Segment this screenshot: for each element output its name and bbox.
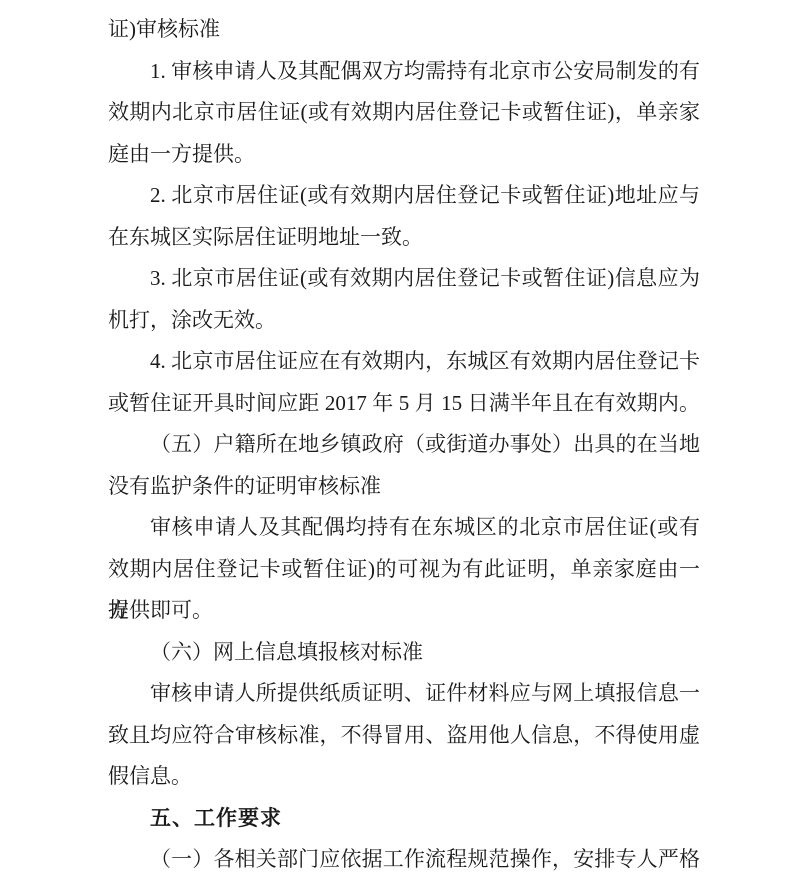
text-line-subsection-5: （五）户籍所在地乡镇政府（或街道办事处）出具的在当地	[108, 424, 700, 466]
text-line-subsection-1: （一）各相关部门应依据工作流程规范操作，安排专人严格	[108, 839, 700, 877]
text-line: 没有监护条件的证明审核标准	[108, 466, 700, 508]
text-line: 证)审核标准	[108, 9, 700, 51]
section-heading-work-requirements: 五、工作要求	[108, 798, 700, 840]
text-line: 效期内居住登记卡或暂住证)的可视为有此证明，单亲家庭由一方	[108, 549, 700, 591]
text-line-item-2: 2. 北京市居住证(或有效期内居住登记卡或暂住证)地址应与	[108, 175, 700, 217]
text-line: 效期内北京市居住证(或有效期内居住登记卡或暂住证)，单亲家	[108, 92, 700, 134]
text-line-item-3: 3. 北京市居住证(或有效期内居住登记卡或暂住证)信息应为	[108, 258, 700, 300]
document-body: 证)审核标准 1. 审核申请人及其配偶双方均需持有北京市公安局制发的有 效期内北…	[108, 9, 700, 877]
text-line: 在东城区实际居住证明地址一致。	[108, 217, 700, 259]
text-line: 假信息。	[108, 756, 700, 798]
text-line: 机打，涂改无效。	[108, 300, 700, 342]
text-line: 审核申请人所提供纸质证明、证件材料应与网上填报信息一	[108, 673, 700, 715]
text-line: 庭由一方提供。	[108, 134, 700, 176]
document-page: 证)审核标准 1. 审核申请人及其配偶双方均需持有北京市公安局制发的有 效期内北…	[0, 0, 791, 877]
text-line-item-4: 4. 北京市居住证应在有效期内，东城区有效期内居住登记卡	[108, 341, 700, 383]
text-line: 致且均应符合审核标准，不得冒用、盗用他人信息，不得使用虚	[108, 715, 700, 757]
text-line: 审核申请人及其配偶均持有在东城区的北京市居住证(或有	[108, 507, 700, 549]
text-line-item-1: 1. 审核申请人及其配偶双方均需持有北京市公安局制发的有	[108, 51, 700, 93]
text-line: 或暂住证开具时间应距 2017 年 5 月 15 日满半年且在有效期内。	[108, 383, 700, 425]
text-line-subsection-6: （六）网上信息填报核对标准	[108, 632, 700, 674]
text-line: 提供即可。	[108, 590, 700, 632]
